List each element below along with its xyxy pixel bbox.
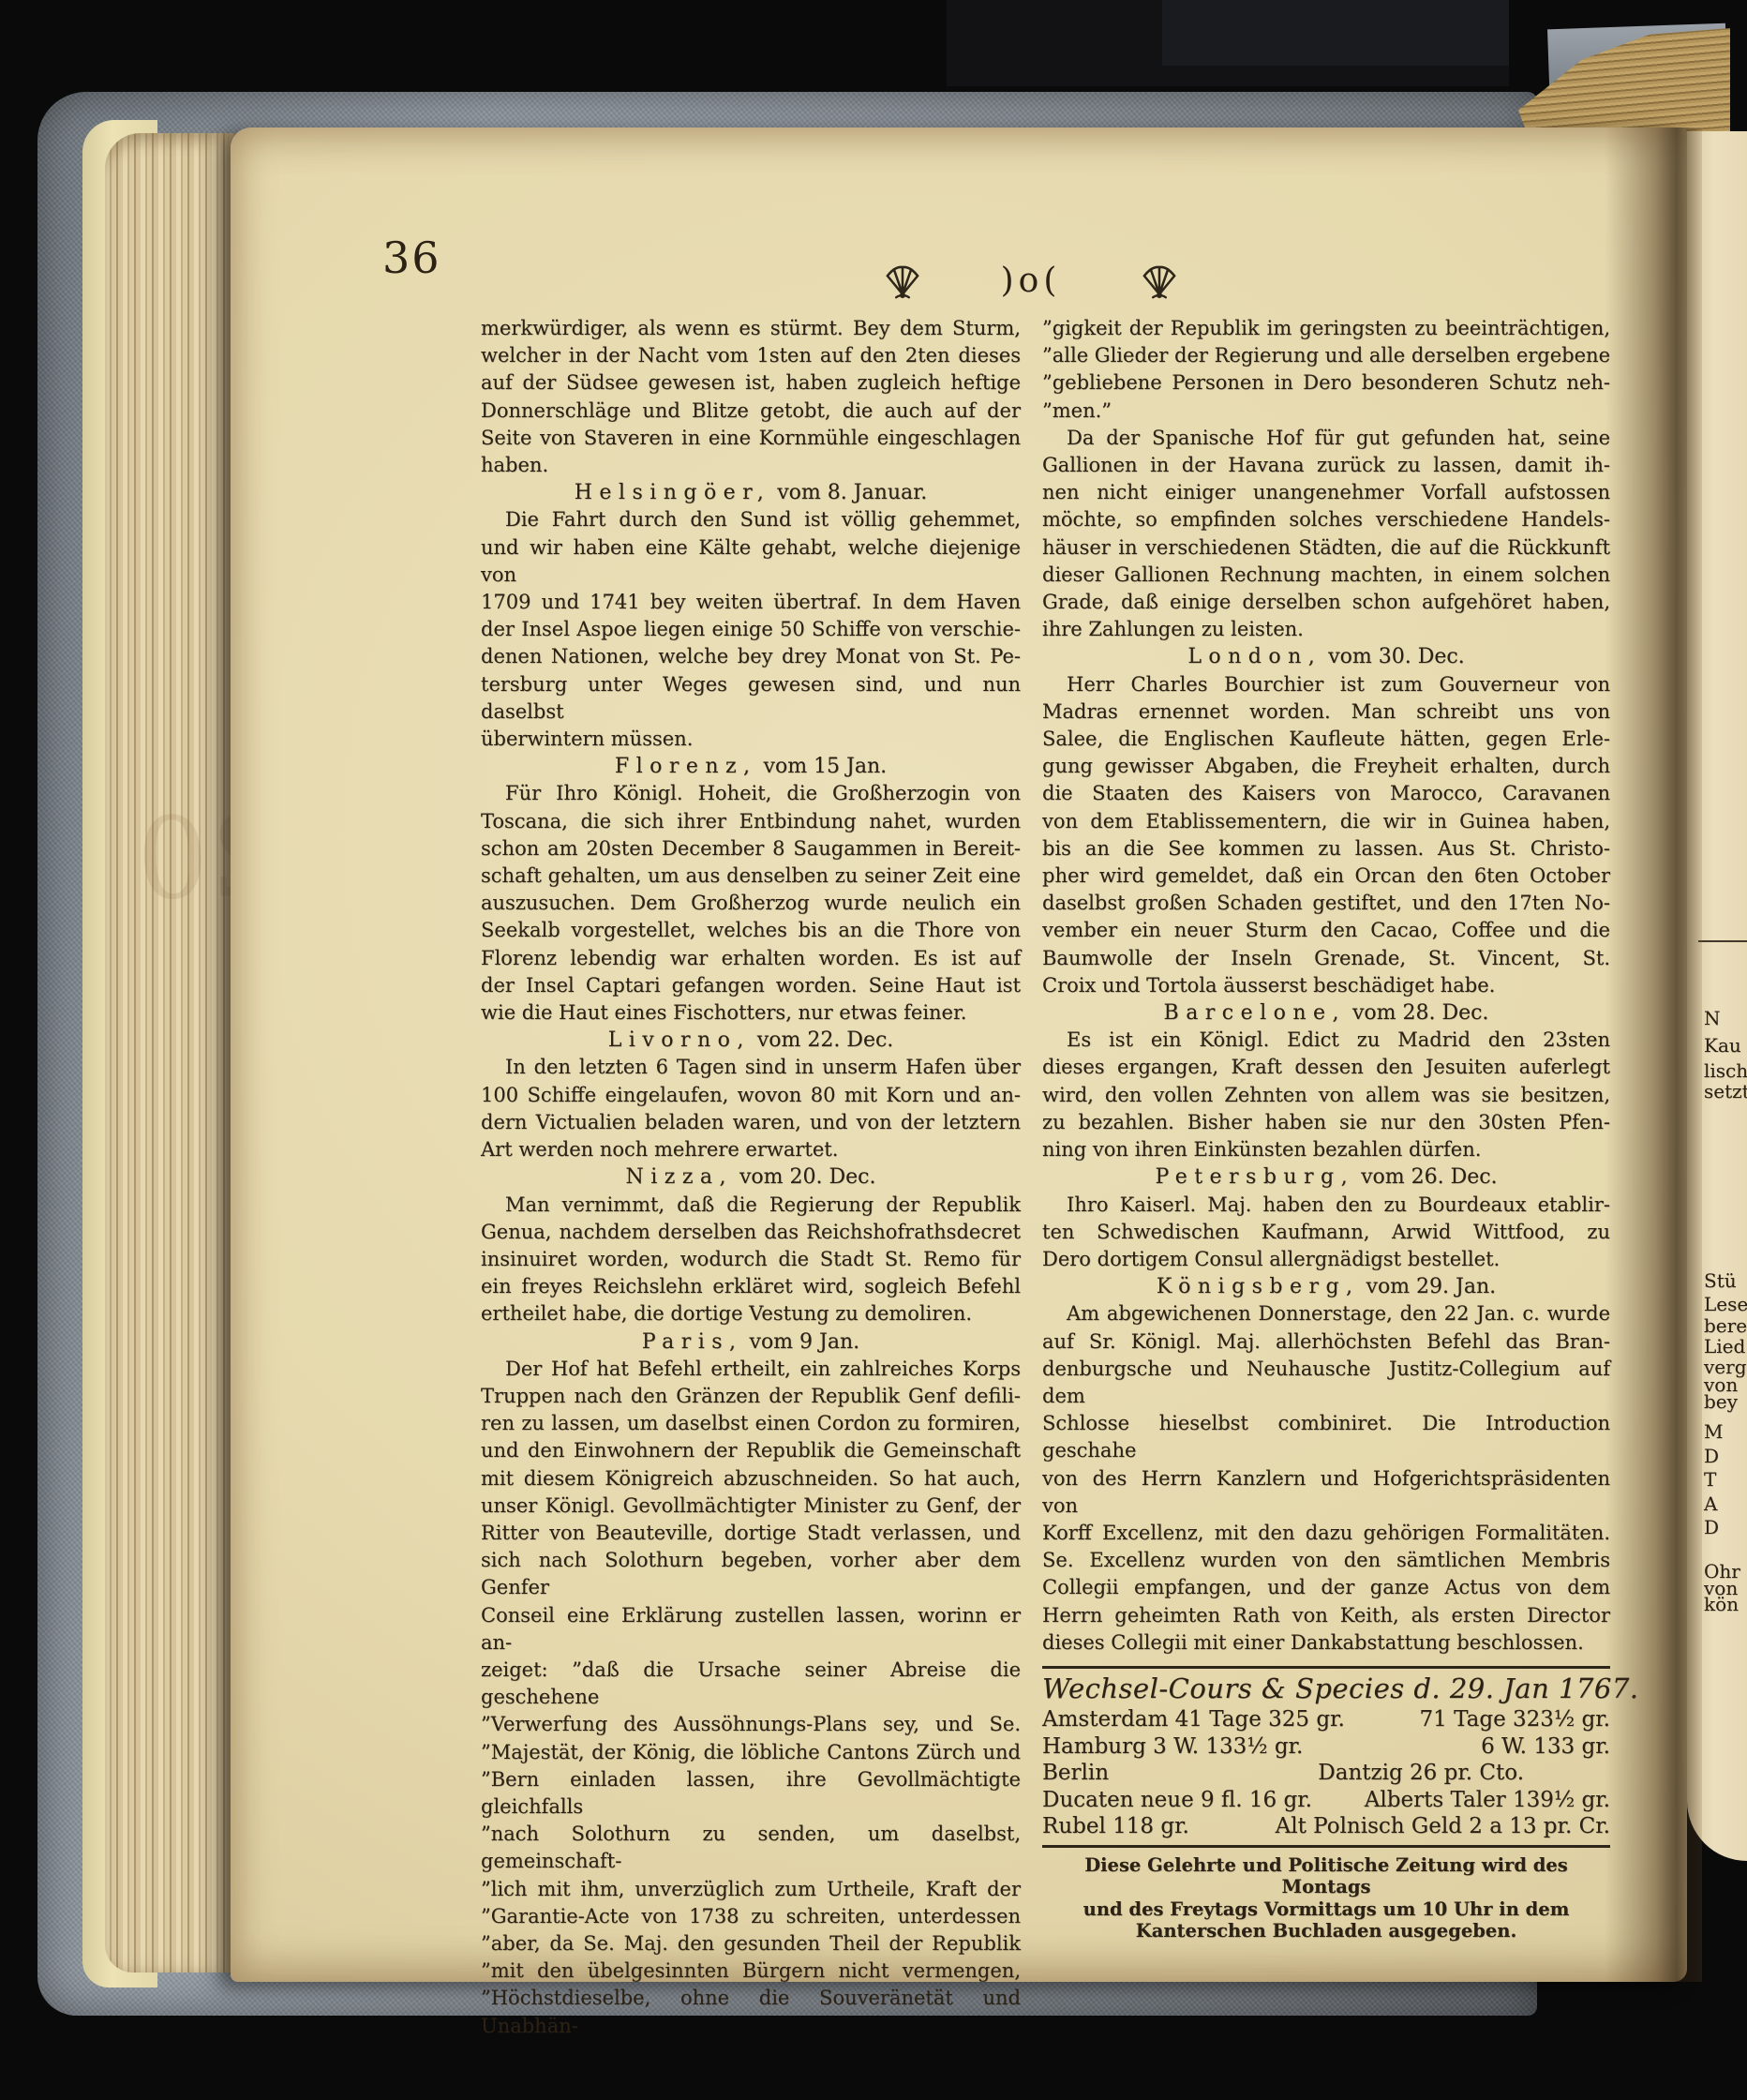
facing-page-rule <box>1698 940 1747 942</box>
text-line: unser Königl. Gevollmächtigter Minister … <box>481 1492 1021 1520</box>
text-line: Toscana, die sich ihrer Entbindung nahet… <box>481 808 1021 835</box>
text-line: gung gewisser Abgaben, die Freyheit erha… <box>1042 753 1610 780</box>
text-line: Genua, nachdem derselben das Reichshofra… <box>481 1219 1021 1246</box>
text-line: 100 Schiffe eingelaufen, wovon 80 mit Ko… <box>481 1082 1021 1109</box>
text-line: Gallionen in der Havana zurück zu lassen… <box>1042 452 1610 479</box>
text-line: überwintern müssen. <box>481 726 1021 753</box>
text-line: der Insel Aspoe liegen einige 50 Schiffe… <box>481 616 1021 643</box>
text-line: ning von ihren Einkünsten bezahlen dürfe… <box>1042 1136 1610 1163</box>
text-line: ”men.” <box>1042 397 1610 425</box>
right-column: ”gigkeit der Republik im geringsten zu b… <box>1042 315 1610 1942</box>
section-heading: London, vom 30. Dec. <box>1042 643 1610 670</box>
text-line: nen nicht einiger unangenehmer Vorfall a… <box>1042 479 1610 506</box>
rule <box>1042 1666 1610 1669</box>
fragment-text: N <box>1704 1008 1721 1028</box>
fragment-text: A <box>1704 1493 1717 1514</box>
text-line: Croix und Tortola äusserst beschädiget h… <box>1042 972 1610 999</box>
text-line: Ritter von Beauteville, dortige Stadt ve… <box>481 1520 1021 1547</box>
text-line: wird, den vollen Zehnten von allem was s… <box>1042 1082 1610 1109</box>
exchange-rates-table: Wechsel-Cours & Species d. 29. Jan 1767.… <box>1042 1666 1610 1848</box>
text-line: pher wird gemeldet, daß ein Orcan den 6t… <box>1042 862 1610 890</box>
text-line: ”Verwerfung des Aussöhnungs-Plans sey, u… <box>481 1711 1021 1738</box>
text-line: häuser in verschiedenen Städten, die auf… <box>1042 534 1610 562</box>
text-line: zeiget: ”daß die Ursache seiner Abreise … <box>481 1657 1021 1711</box>
text-line: Seite von Staveren in eine Kornmühle ein… <box>481 425 1021 452</box>
fragment-text: setzt. <box>1704 1081 1747 1102</box>
imprint-line: Diese Gelehrte und Politische Zeitung wi… <box>1042 1854 1610 1898</box>
section-heading: Paris, vom 9 Jan. <box>481 1328 1021 1356</box>
exchange-row: Ducaten neue 9 fl. 16 gr.Alberts Taler 1… <box>1042 1787 1610 1814</box>
text-line: ”Garantie-Acte von 1738 zu schreiten, un… <box>481 1903 1021 1930</box>
text-line: ren zu lassen, um daselbst einen Cordon … <box>481 1410 1021 1437</box>
newspaper-page: 36 )o( <box>231 127 1687 1982</box>
text-line: Madras ernennet worden. Man schreibt uns… <box>1042 698 1610 726</box>
text-line: Da der Spanische Hof für gut gefunden ha… <box>1042 425 1610 452</box>
text-line: ”alle Glieder der Regierung und alle der… <box>1042 342 1610 369</box>
text-line: Für Ihro Königl. Hoheit, die Großherzogi… <box>481 780 1021 807</box>
text-line: Der Hof hat Befehl ertheilt, ein zahlrei… <box>481 1356 1021 1383</box>
imprint-line: Kanterschen Buchladen ausgegeben. <box>1042 1920 1610 1942</box>
text-line: schaft gehalten, um aus denselben zu sei… <box>481 862 1021 890</box>
section-heading: Nizza, vom 20. Dec. <box>481 1163 1021 1191</box>
text-line: dieses Collegii mit einer Dankabstattung… <box>1042 1629 1610 1657</box>
fragment-text: bey <box>1704 1391 1738 1412</box>
fragment-text: Lied <box>1704 1336 1745 1357</box>
text-line: der Insel Captari gefangen worden. Seine… <box>481 972 1021 999</box>
text-line: dieses ergangen, Kraft dessen den Jesuit… <box>1042 1054 1610 1081</box>
text-line: insinuiret worden, wodurch die Stadt St.… <box>481 1246 1021 1273</box>
text-line: ”aber, da Se. Maj. den gesunden Theil de… <box>481 1930 1021 1957</box>
exchange-row: Hamburg 3 W. 133½ gr.6 W. 133 gr. <box>1042 1733 1610 1761</box>
text-line: denen Nationen, welche bey drey Monat vo… <box>481 643 1021 670</box>
fragment-text: kön <box>1704 1594 1739 1614</box>
text-line: Florenz lebendig war erhalten worden. Es… <box>481 945 1021 972</box>
left-column: merkwürdiger, als wenn es stürmt. Bey de… <box>481 315 1021 2040</box>
fragment-text: Leser <box>1704 1294 1747 1314</box>
text-line: Collegii empfangen, und der ganze Actus … <box>1042 1574 1610 1601</box>
imprint-line: und des Freytags Vormittags um 10 Uhr in… <box>1042 1898 1610 1921</box>
text-line: ”lich mit ihm, unverzüglich zum Urtheile… <box>481 1876 1021 1903</box>
shell-ornament-icon <box>881 262 924 305</box>
fragment-text: T <box>1704 1469 1716 1490</box>
text-line: tersburg unter Weges gewesen sind, und n… <box>481 671 1021 726</box>
text-line: Man vernimmt, daß die Regierung der Repu… <box>481 1192 1021 1219</box>
imprint-notice: Diese Gelehrte und Politische Zeitung wi… <box>1042 1854 1610 1942</box>
fragment-text: D <box>1704 1517 1719 1537</box>
text-line: vember ein neuer Sturm den Cacao, Coffee… <box>1042 917 1610 944</box>
text-line: Baumwolle der Inseln Grenade, St. Vincen… <box>1042 945 1610 972</box>
text-line: ”Bern einladen lassen, ihre Gevollmächti… <box>481 1766 1021 1821</box>
fragment-text: Kau <box>1704 1035 1741 1056</box>
text-line: auf der Südsee gewesen ist, haben zuglei… <box>481 369 1021 397</box>
text-line: ”mit den übelgesinnten Bürgern nicht ver… <box>481 1957 1021 1985</box>
stacked-page-edges <box>105 133 236 1972</box>
text-line: Seekalb vorgestellet, welches bis an die… <box>481 917 1021 944</box>
text-line: Donnerschläge und Blitze getobt, die auc… <box>481 397 1021 425</box>
text-line: ihre Zahlungen zu leisten. <box>1042 616 1610 643</box>
text-line: Herrn geheimten Rath von Keith, als erst… <box>1042 1602 1610 1629</box>
text-line: ein freyes Reichslehn erkläret wird, sog… <box>481 1273 1021 1300</box>
text-line: daselbst großen Schaden gestiftet, und d… <box>1042 890 1610 917</box>
fragment-text: M <box>1704 1421 1723 1442</box>
text-line: Conseil eine Erklärung zustellen lassen,… <box>481 1602 1021 1657</box>
exchange-title: Wechsel-Cours & Species d. 29. Jan 1767. <box>1042 1672 1610 1706</box>
book-scan-photo: 20 36 )o( <box>0 0 1747 2100</box>
text-line: merkwürdiger, als wenn es stürmt. Bey de… <box>481 315 1021 342</box>
section-heading: Königsberg, vom 29. Jan. <box>1042 1273 1610 1300</box>
section-heading: Barcelone, vom 28. Dec. <box>1042 999 1610 1027</box>
text-line: ”Majestät, der König, die löbliche Canto… <box>481 1739 1021 1766</box>
text-line: dieser Gallionen Rechnung machten, in ei… <box>1042 562 1610 589</box>
text-line: möchte, so empfinden solches verschieden… <box>1042 506 1610 533</box>
header-ornaments: )o( <box>881 257 1181 309</box>
text-line: Herr Charles Bourchier ist zum Gouverneu… <box>1042 671 1610 698</box>
text-line: Art werden noch mehrere erwartet. <box>481 1136 1021 1163</box>
text-line: auf Sr. Königl. Maj. allerhöchsten Befeh… <box>1042 1328 1610 1356</box>
text-line: Am abgewichenen Donnerstage, den 22 Jan.… <box>1042 1300 1610 1327</box>
section-heading: Livorno, vom 22. Dec. <box>481 1027 1021 1054</box>
text-line: und wir haben eine Kälte gehabt, welche … <box>481 534 1021 589</box>
text-line: ”gebliebene Personen in Dero besonderen … <box>1042 369 1610 397</box>
text-line: Grade, daß einige derselben schon aufgeh… <box>1042 589 1610 616</box>
text-line: In den letzten 6 Tagen sind in unserm Ha… <box>481 1054 1021 1081</box>
text-line: Ihro Kaiserl. Maj. haben den zu Bourdeau… <box>1042 1192 1610 1219</box>
text-line: schon am 20sten December 8 Saugammen in … <box>481 835 1021 862</box>
fragment-text: bere <box>1704 1315 1747 1336</box>
page-number: 36 <box>382 232 441 283</box>
text-line: Schlosse hieselbst combiniret. Die Intro… <box>1042 1410 1610 1464</box>
section-heading: Helsingöer, vom 8. Januar. <box>481 479 1021 506</box>
text-line: ten Schwedischen Kaufmann, Arwid Wittfoo… <box>1042 1219 1610 1246</box>
text-line: denburgsche und Neuhausche Justitz-Colle… <box>1042 1356 1610 1410</box>
text-line: ”Höchstdieselbe, ohne die Souveränetät u… <box>481 1985 1021 2039</box>
text-line: Salee, die Englischen Kaufleute hätten, … <box>1042 726 1610 753</box>
text-line: wie die Haut eines Fischotters, nur etwa… <box>481 999 1021 1027</box>
text-line: zu bezahlen. Bisher haben sie nur den 30… <box>1042 1109 1610 1136</box>
text-line: Dero dortigem Consul allergnädigst beste… <box>1042 1246 1610 1273</box>
text-line: von des Herrn Kanzlern und Hofgerichtspr… <box>1042 1465 1610 1520</box>
text-line: die Staaten des Kaisers von Marocco, Car… <box>1042 780 1610 807</box>
exchange-row: Rubel 118 gr.Alt Polnisch Geld 2 a 13 pr… <box>1042 1813 1610 1840</box>
exchange-row: BerlinDantzig 26 pr. Cto. <box>1042 1760 1610 1787</box>
text-line: 1709 und 1741 bey weiten übertraf. In de… <box>481 589 1021 616</box>
text-line: ”nach Solothurn zu senden, um daselbst, … <box>481 1821 1021 1875</box>
text-line: Korff Excellenz, mit den dazu gehörigen … <box>1042 1520 1610 1547</box>
section-heading: Florenz, vom 15 Jan. <box>481 753 1021 780</box>
book-gutter-shadow <box>1605 127 1702 1982</box>
exchange-row: Amsterdam 41 Tage 325 gr.71 Tage 323½ gr… <box>1042 1706 1610 1733</box>
text-line: bis an die See kommen zu lassen. Aus St.… <box>1042 835 1610 862</box>
text-line: auszusuchen. Dem Großherzog wurde neulic… <box>481 890 1021 917</box>
fragment-text: D <box>1704 1446 1719 1466</box>
fragment-text: lisch <box>1704 1060 1747 1081</box>
text-line: dern Victualien beladen waren, und von d… <box>481 1109 1021 1136</box>
rule <box>1042 1845 1610 1848</box>
text-line: ertheilet habe, die dortige Vestung zu d… <box>481 1300 1021 1327</box>
fragment-text: Stü <box>1704 1270 1737 1291</box>
section-heading: Petersburg, vom 26. Dec. <box>1042 1163 1610 1191</box>
text-line: und den Einwohnern der Republik die Geme… <box>481 1437 1021 1464</box>
exchange-rows: Amsterdam 41 Tage 325 gr.71 Tage 323½ gr… <box>1042 1706 1610 1840</box>
shell-ornament-icon <box>1138 262 1181 305</box>
text-line: Se. Excellenz wurden von den sämtlichen … <box>1042 1547 1610 1574</box>
text-line: haben. <box>481 452 1021 479</box>
text-line: von dem Etablissementern, die wir in Gui… <box>1042 808 1610 835</box>
text-line: welcher in der Nacht vom 1sten auf den 2… <box>481 342 1021 369</box>
right-column-text: ”gigkeit der Republik im geringsten zu b… <box>1042 315 1610 1657</box>
center-ornament: )o( <box>1001 262 1062 300</box>
text-line: Die Fahrt durch den Sund ist völlig gehe… <box>481 506 1021 533</box>
text-line: sich nach Solothurn begeben, vorher aber… <box>481 1547 1021 1601</box>
text-line: ”gigkeit der Republik im geringsten zu b… <box>1042 315 1610 342</box>
text-line: Truppen nach den Gränzen der Republik Ge… <box>481 1383 1021 1410</box>
text-line: Es ist ein Königl. Edict zu Madrid den 2… <box>1042 1027 1610 1054</box>
background-book-spine <box>1162 0 1509 66</box>
text-line: mit diesem Königreich abzuschneiden. So … <box>481 1465 1021 1492</box>
